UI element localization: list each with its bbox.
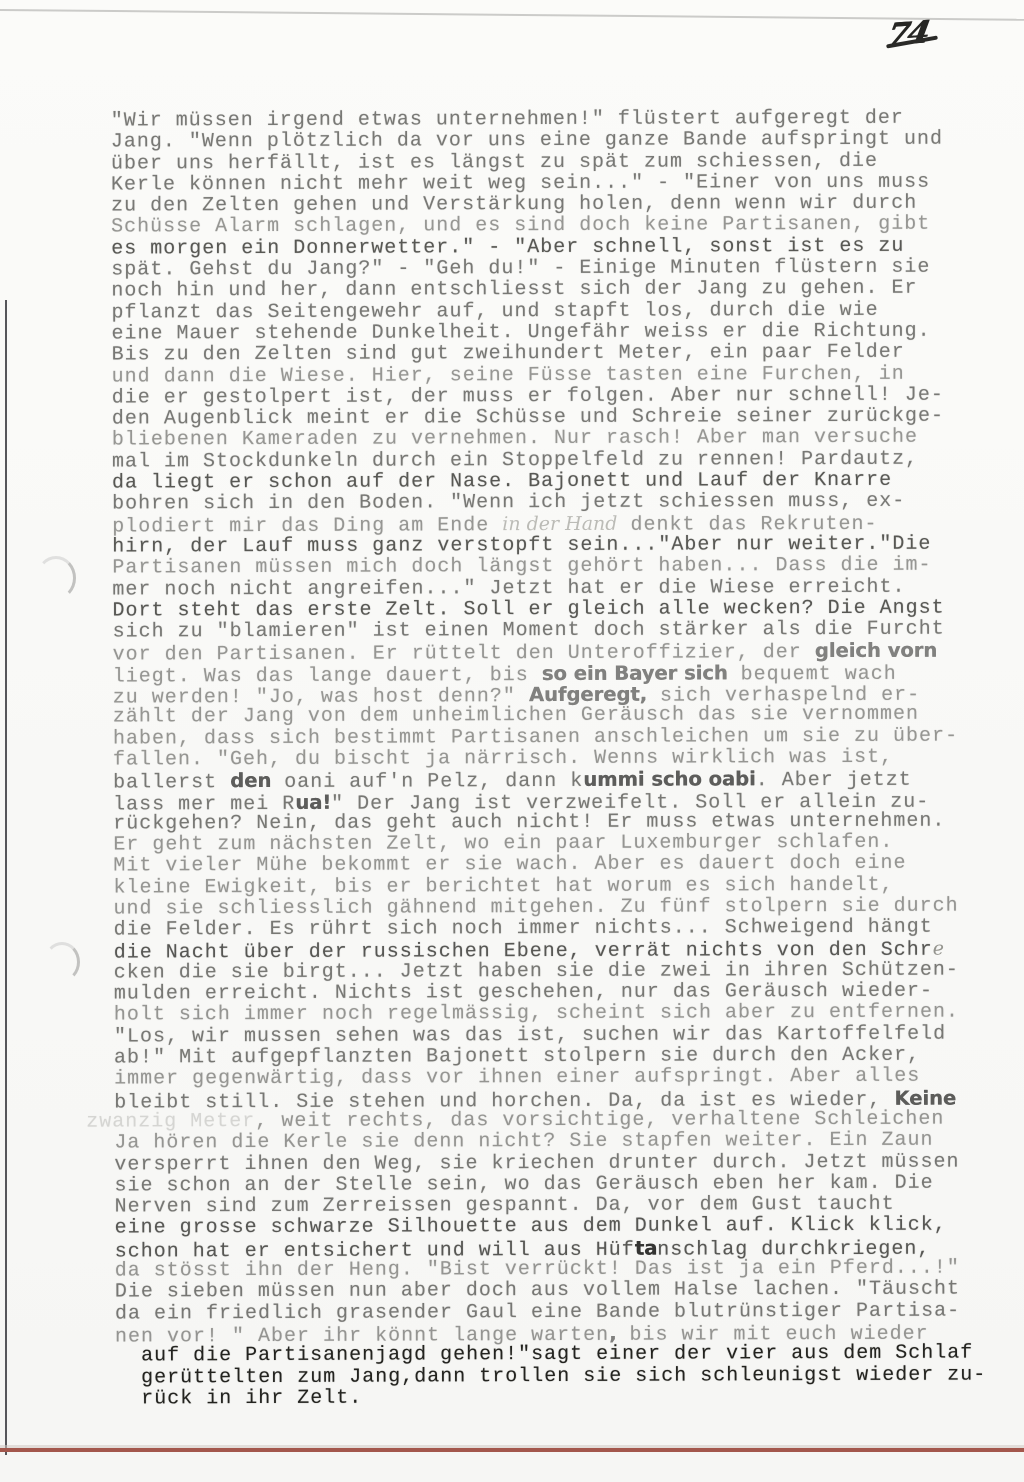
text-line: die Felder. Es rührt sich noch immer nic… [114, 917, 984, 941]
faded-text: zwanzig Meter [86, 1110, 255, 1134]
overwritten-text: gleich vorn [815, 639, 937, 662]
overwritten-text: so ein Bayer sich [542, 661, 728, 685]
handwritten-text: in der Hand [502, 512, 617, 534]
text-line: da ein friedlich grasender Gaul eine Ban… [115, 1300, 985, 1324]
overwritten-text: ta [635, 1236, 658, 1259]
handwritten-text: e [933, 937, 944, 959]
typed-text: nen vor! " Aber ihr könnt lange warten [115, 1324, 609, 1349]
overwritten-text: Aufgeregt, [529, 683, 647, 706]
text-line: rück in ihr Zelt. [141, 1385, 985, 1409]
text-block: "Wir müssen irgend etwas unternehmen!" f… [111, 107, 986, 1409]
overwritten-text: den [230, 769, 271, 792]
overwritten-text: ua! [295, 790, 331, 813]
typed-text: bis wir mit euch wieder [616, 1323, 928, 1347]
text-line: nen vor! " Aber ihr könnt lange warten, … [115, 1321, 985, 1345]
bottom-red-rule [0, 1448, 1024, 1452]
scan-artifact-line [0, 9, 1024, 22]
scanned-page: 74 "Wir müssen irgend etwas unternehmen!… [0, 0, 1024, 1482]
overwritten-text: Keine [894, 1086, 956, 1109]
text-line: ballerst den oani auf'n Pelz, dann kummi… [113, 768, 983, 792]
punch-hole-lower [44, 942, 80, 982]
punch-hole-upper [36, 556, 76, 600]
overwritten-text: , [609, 1322, 617, 1345]
text-line: eine grosse schwarze Silhouette aus dem … [115, 1215, 985, 1239]
typed-text: rück in ihr Zelt. [141, 1386, 362, 1410]
typed-text: gerüttelten zum Jang,dann trollen sie si… [141, 1363, 986, 1389]
text-line: liegt. Was das lange dauert, bis so ein … [113, 661, 983, 685]
text-line: gerüttelten zum Jang,dann trollen sie si… [141, 1364, 985, 1388]
text-line: fallen. "Geh, du bischt ja närrisch. Wen… [113, 746, 983, 770]
overwritten-text: ummi scho oabi [583, 767, 756, 791]
text-line: vor den Partisanen. Er rüttelt den Unter… [113, 640, 983, 664]
scan-left-edge-line [5, 300, 7, 1455]
text-line: immer gegenwärtig, dass vor ihnen einer … [114, 1066, 984, 1090]
text-line: bohren sich in den Boden. "Wenn ich jetz… [112, 491, 982, 515]
